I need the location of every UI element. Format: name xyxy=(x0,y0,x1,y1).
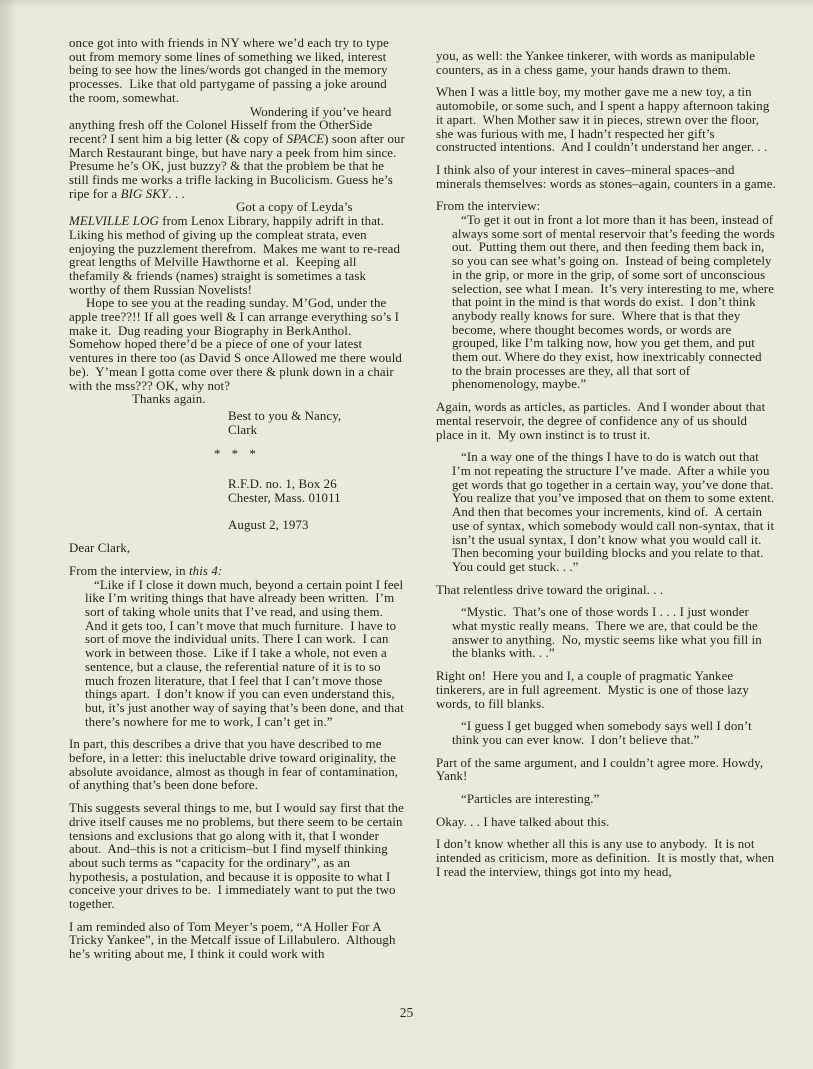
paragraph: once got into with friends in NY where w… xyxy=(69,37,406,106)
text-run: Right on! Here you and I, a couple of pr… xyxy=(436,669,752,710)
paragraph: Again, words as articles, as particles. … xyxy=(436,401,777,442)
scan-top-shadow xyxy=(0,0,813,8)
paragraph: Hope to see you at the reading sunday. M… xyxy=(69,297,406,393)
italic-text: BIG SKY xyxy=(121,187,169,201)
italic-text: MELVILLE LOG xyxy=(69,214,159,228)
italic-text: SPACE xyxy=(287,132,325,146)
text-run: “I guess I get bugged when somebody says… xyxy=(452,719,755,747)
paragraph: Got a copy of Leyda’s MELVILLE LOG from … xyxy=(69,201,406,297)
scanned-letter-page: once got into with friends in NY where w… xyxy=(0,0,813,1069)
paragraph: This suggests several things to me, but … xyxy=(69,802,406,912)
text-run: In part, this describes a drive that you… xyxy=(69,737,401,792)
interview-label: From the interview, in this 4: xyxy=(69,565,406,579)
quote-paragraph: “Like if I close it down much, beyond a … xyxy=(85,579,404,730)
text-run: I don’t know whether all this is any use… xyxy=(436,837,778,878)
text-run: Okay. . . I have talked about this. xyxy=(436,815,609,829)
quote-paragraph: “To get it out in front a lot more than … xyxy=(452,214,775,392)
paragraph: That relentless drive toward the origina… xyxy=(436,584,777,598)
paragraph: Right on! Here you and I, a couple of pr… xyxy=(436,670,777,711)
text-run: From the interview: xyxy=(436,199,540,213)
text-run: once got into with friends in NY where w… xyxy=(69,36,392,105)
text-run: “To get it out in front a lot more than … xyxy=(452,213,778,391)
text-run: “Like if I close it down much, beyond a … xyxy=(85,578,407,729)
text-run: “In a way one of the things I have to do… xyxy=(452,450,780,574)
date-line: August 2, 1973 xyxy=(69,519,406,533)
text-run: August 2, 1973 xyxy=(228,518,309,532)
text-run: R.F.D. no. 1, Box 26 Chester, Mass. 0101… xyxy=(228,477,341,505)
scan-edge-shadow xyxy=(0,0,16,1069)
paragraph: you, as well: the Yankee tinkerer, with … xyxy=(436,50,777,77)
text-run: . . . xyxy=(168,187,185,201)
interview-label: From the interview: xyxy=(436,200,777,214)
paragraph: Okay. . . I have talked about this. xyxy=(436,816,777,830)
paragraph: I don’t know whether all this is any use… xyxy=(436,838,777,879)
text-run: From the interview, in xyxy=(69,564,189,578)
paragraph: Part of the same argument, and I couldn’… xyxy=(436,757,777,784)
quote-paragraph: “Mystic. That’s one of those words I . .… xyxy=(452,606,775,661)
text-run: * * * xyxy=(214,447,260,461)
paragraph: In part, this describes a drive that you… xyxy=(69,738,406,793)
text-run: That relentless drive toward the origina… xyxy=(436,583,663,597)
text-run: Best to you & Nancy, Clark xyxy=(228,409,341,437)
text-run: Got a copy of Leyda’s xyxy=(236,200,356,214)
text-run: Thanks again. xyxy=(132,392,206,406)
text-run: Hope to see you at the reading sunday. M… xyxy=(69,296,405,392)
signature: Best to you & Nancy, Clark xyxy=(69,410,406,437)
text-run: I think also of your interest in caves–m… xyxy=(436,163,776,191)
text-run: This suggests several things to me, but … xyxy=(69,801,407,911)
left-column: once got into with friends in NY where w… xyxy=(69,37,406,962)
text-run: “Particles are interesting.” xyxy=(461,792,599,806)
quote-paragraph: “In a way one of the things I have to do… xyxy=(452,451,775,574)
text-run: Part of the same argument, and I couldn’… xyxy=(436,756,766,784)
text-run: you, as well: the Yankee tinkerer, with … xyxy=(436,49,758,77)
text-run: “Mystic. That’s one of those words I . .… xyxy=(452,605,765,660)
text-run: When I was a little boy, my mother gave … xyxy=(436,85,773,154)
paragraph: I think also of your interest in caves–m… xyxy=(436,164,777,191)
salutation: Dear Clark, xyxy=(69,542,406,556)
closing-line: Thanks again. xyxy=(69,393,406,407)
asterisk-divider: * * * xyxy=(69,448,406,462)
paragraph: When I was a little boy, my mother gave … xyxy=(436,86,777,155)
text-run: I am reminded also of Tom Meyer’s poem, … xyxy=(69,920,399,961)
quote-paragraph: “Particles are interesting.” xyxy=(452,793,775,807)
text-run: Dear Clark, xyxy=(69,541,130,555)
right-column: you, as well: the Yankee tinkerer, with … xyxy=(436,50,777,880)
paragraph: I am reminded also of Tom Meyer’s poem, … xyxy=(69,921,406,962)
italic-text: this 4: xyxy=(189,564,222,578)
text-run: Again, words as articles, as particles. … xyxy=(436,400,769,441)
return-address: R.F.D. no. 1, Box 26 Chester, Mass. 0101… xyxy=(69,478,406,505)
paragraph: Wondering if you’ve heard anything fresh… xyxy=(69,106,406,202)
quote-paragraph: “I guess I get bugged when somebody says… xyxy=(452,720,775,747)
page-number: 25 xyxy=(0,1005,813,1021)
